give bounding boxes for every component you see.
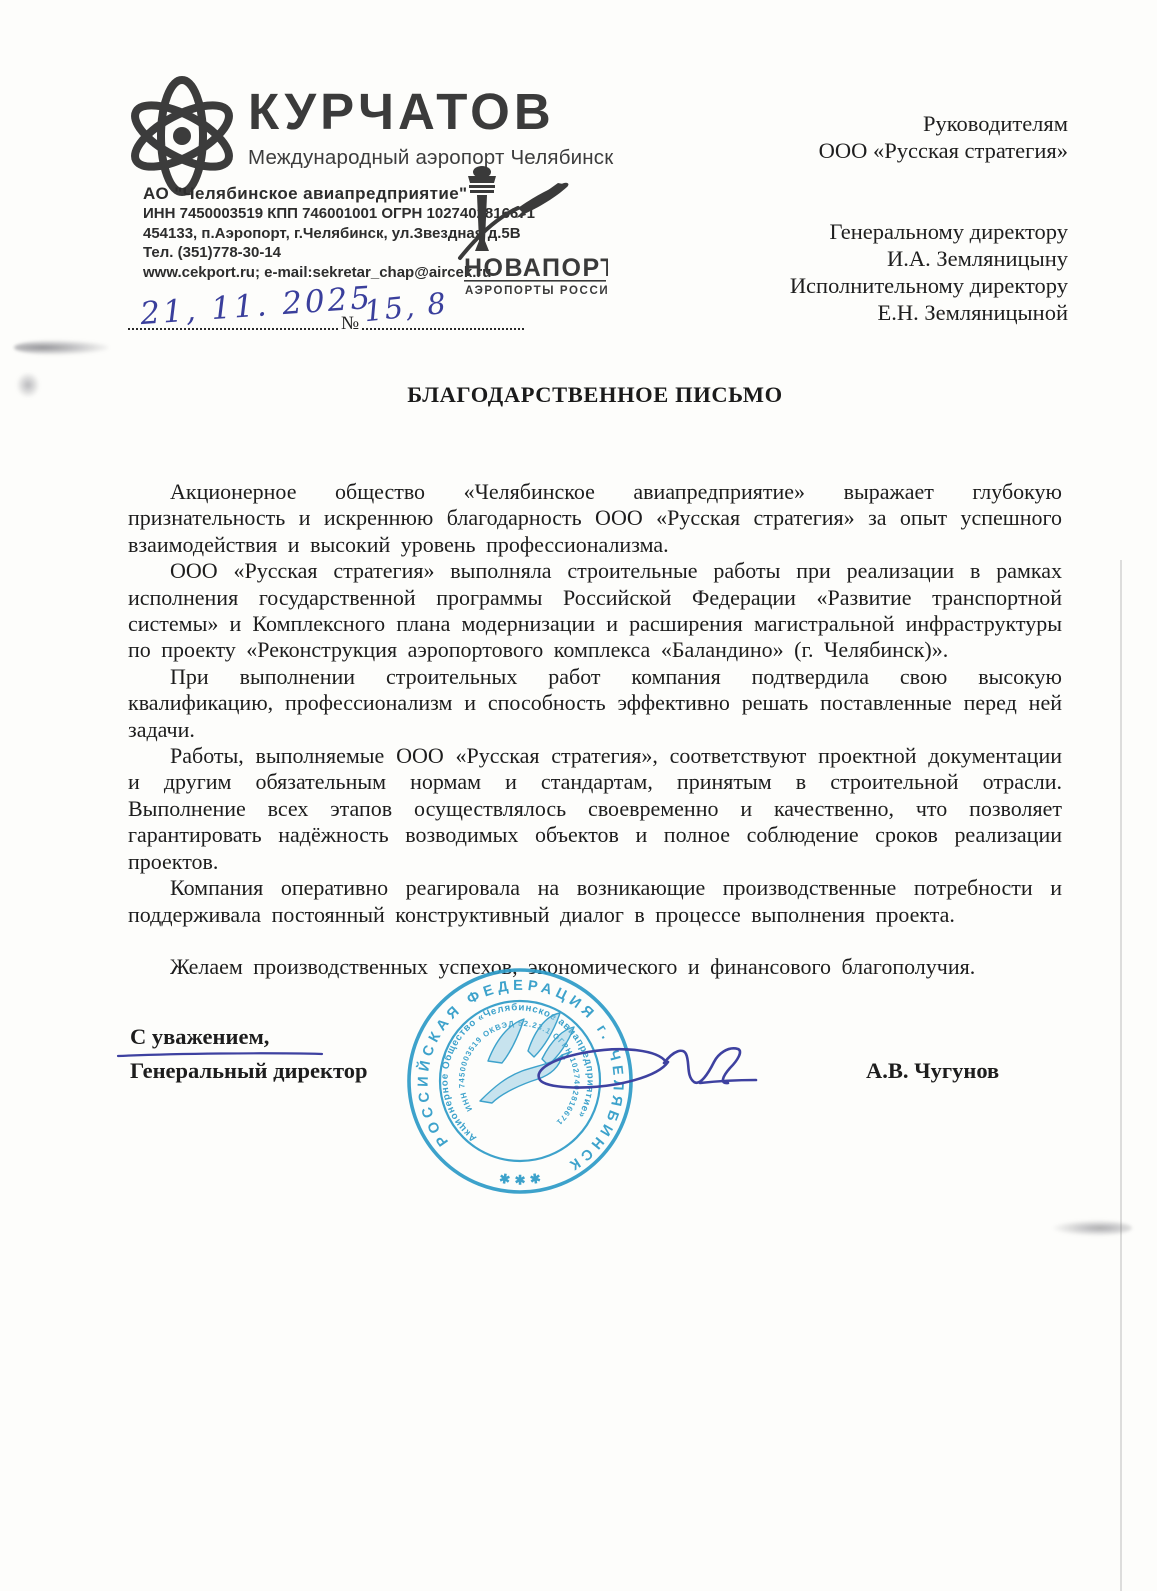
swoosh-line xyxy=(460,208,518,258)
scanned-letter-page: КУРЧАТОВ Международный аэропорт Челябинс… xyxy=(0,0,1157,1591)
pen-underline xyxy=(116,1048,326,1060)
stamp-stars: ✱ ✱ ✱ xyxy=(498,1170,542,1187)
signer-position: Генеральный директор xyxy=(130,1058,367,1084)
airplane-icon xyxy=(516,183,568,218)
scan-smudge xyxy=(14,340,109,355)
atom-logo-icon xyxy=(126,74,238,198)
recipient-block: Руководителям ООО «Русская стратегия» Ге… xyxy=(790,110,1068,326)
airport-brand: КУРЧАТОВ Международный аэропорт Челябинс… xyxy=(248,86,613,170)
signer-name: А.В. Чугунов xyxy=(866,1058,999,1084)
body-paragraph: Работы, выполняемые ООО «Русская стратег… xyxy=(128,743,1062,875)
recipient-line: ООО «Русская стратегия» xyxy=(790,137,1068,164)
recipient-line: Руководителям xyxy=(790,110,1068,137)
novaport-subtitle: АЭРОПОРТЫ РОССИИ xyxy=(465,285,608,296)
svg-text:✱ ✱ ✱: ✱ ✱ ✱ xyxy=(498,1170,542,1187)
body-paragraph: Акционерное общество «Челябинское авиапр… xyxy=(128,479,1062,558)
salutation: С уважением, xyxy=(130,1024,269,1050)
recipient-line: И.А. Земляницыну xyxy=(790,245,1068,272)
signature-ink xyxy=(528,1028,778,1100)
body-paragraph: ООО «Русская стратегия» выполняла строит… xyxy=(128,558,1062,664)
novaport-name: НОВАПОРТ xyxy=(464,254,608,282)
letter-title: БЛАГОДАРСТВЕННОЕ ПИСЬМО xyxy=(128,382,1062,408)
recipient-line: Е.Н. Земляницыной xyxy=(790,299,1068,326)
body-paragraph: При выполнении строительных работ компан… xyxy=(128,664,1062,743)
body-paragraph: Компания оперативно реагировала на возни… xyxy=(128,875,1062,928)
recipient-line: Генеральному директору xyxy=(790,218,1068,245)
control-tower-icon xyxy=(468,166,496,251)
scan-edge-line xyxy=(1120,560,1122,1591)
scan-smudge xyxy=(16,372,40,398)
recipient-line: Исполнительному директору xyxy=(790,272,1068,299)
novaport-logo: НОВАПОРТ АЭРОПОРТЫ РОССИИ xyxy=(448,166,608,296)
airport-name: КУРЧАТОВ xyxy=(248,86,613,137)
letter-body: Акционерное общество «Челябинское авиапр… xyxy=(128,479,1062,980)
